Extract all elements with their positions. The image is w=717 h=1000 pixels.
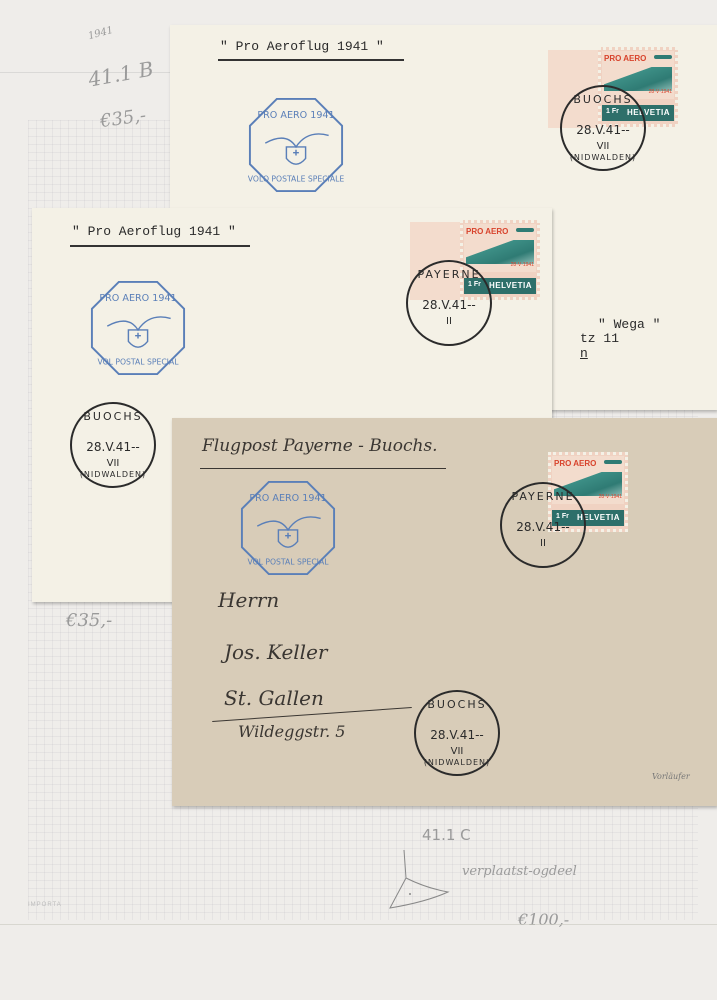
address-line-3: St. Gallen bbox=[224, 686, 324, 710]
airplane-icon bbox=[516, 228, 534, 232]
address-line-2: tz 11 bbox=[580, 331, 619, 346]
note-catalog-top: 41.1 B bbox=[86, 56, 155, 91]
svg-text:PRO AERO 1941: PRO AERO 1941 bbox=[249, 493, 326, 504]
handwritten-title: Flugpost Payerne - Buochs. bbox=[202, 436, 438, 456]
note-catalog-bottom: 41.1 C bbox=[422, 826, 471, 844]
cachet-octagon-icon: PRO AERO 1941 VOLO POSTALE SPECIALE bbox=[248, 97, 344, 193]
cachet-octagon-icon: PRO AERO 1941 VOL POSTAL SPECIAL bbox=[240, 480, 336, 576]
title-underline bbox=[70, 245, 250, 247]
postmark-payerne: PAYERNE 28.V.41-- II bbox=[406, 260, 492, 346]
postmark-buochs: BUOCHS 28.V.41-- VII (NIDWALDEN) bbox=[560, 85, 646, 171]
pencil-sketch-icon bbox=[386, 848, 450, 910]
airplane-icon bbox=[654, 55, 672, 59]
note-year: 1941 bbox=[87, 25, 114, 42]
address-line-4: Wildeggstr. 5 bbox=[238, 722, 345, 741]
note-corner: Vorläufer bbox=[652, 772, 690, 781]
svg-text:VOL POSTAL SPECIAL: VOL POSTAL SPECIAL bbox=[248, 557, 330, 566]
svg-text:VOLO POSTALE SPECIALE: VOLO POSTALE SPECIALE bbox=[248, 174, 344, 183]
note-price-bottom: €100,- bbox=[518, 910, 569, 929]
address-line-3: n bbox=[580, 346, 588, 361]
note-price-middle: €35,- bbox=[66, 610, 112, 631]
address-line-1: " Wega " bbox=[598, 317, 660, 332]
title-underline bbox=[200, 468, 446, 469]
svg-text:PRO AERO 1941: PRO AERO 1941 bbox=[99, 293, 176, 304]
postmark-buochs: BUOCHS 28.V.41-- VII (NIDWALDEN) bbox=[414, 690, 500, 776]
divider bbox=[0, 924, 717, 925]
svg-text:VOL POSTAL SPECIAL: VOL POSTAL SPECIAL bbox=[98, 357, 180, 366]
svg-text:PRO AERO 1941: PRO AERO 1941 bbox=[257, 110, 334, 121]
postmark-buochs: BUOCHS 28.V.41-- VII (NIDWALDEN) bbox=[70, 402, 156, 488]
cachet-octagon-icon: PRO AERO 1941 VOL POSTAL SPECIAL bbox=[90, 280, 186, 376]
address-line-2: Jos. Keller bbox=[224, 640, 327, 664]
album-page: 1941 41.1 B €35,- " Pro Aeroflug 1941 " … bbox=[0, 0, 717, 1000]
footer-label: IMPORTA bbox=[28, 902, 62, 908]
address-line-1: Herrn bbox=[218, 588, 279, 612]
cover-bottom: Flugpost Payerne - Buochs. PRO AERO 1941… bbox=[172, 418, 717, 806]
postmark-payerne: PAYERNE 28.V.41-- II bbox=[500, 482, 586, 568]
typed-title: " Pro Aeroflug 1941 " bbox=[72, 224, 236, 239]
note-bottom: verplaatst-ogdeel bbox=[462, 864, 577, 879]
airplane-icon bbox=[604, 460, 622, 464]
typed-title: " Pro Aeroflug 1941 " bbox=[220, 39, 384, 54]
title-underline bbox=[218, 59, 404, 61]
